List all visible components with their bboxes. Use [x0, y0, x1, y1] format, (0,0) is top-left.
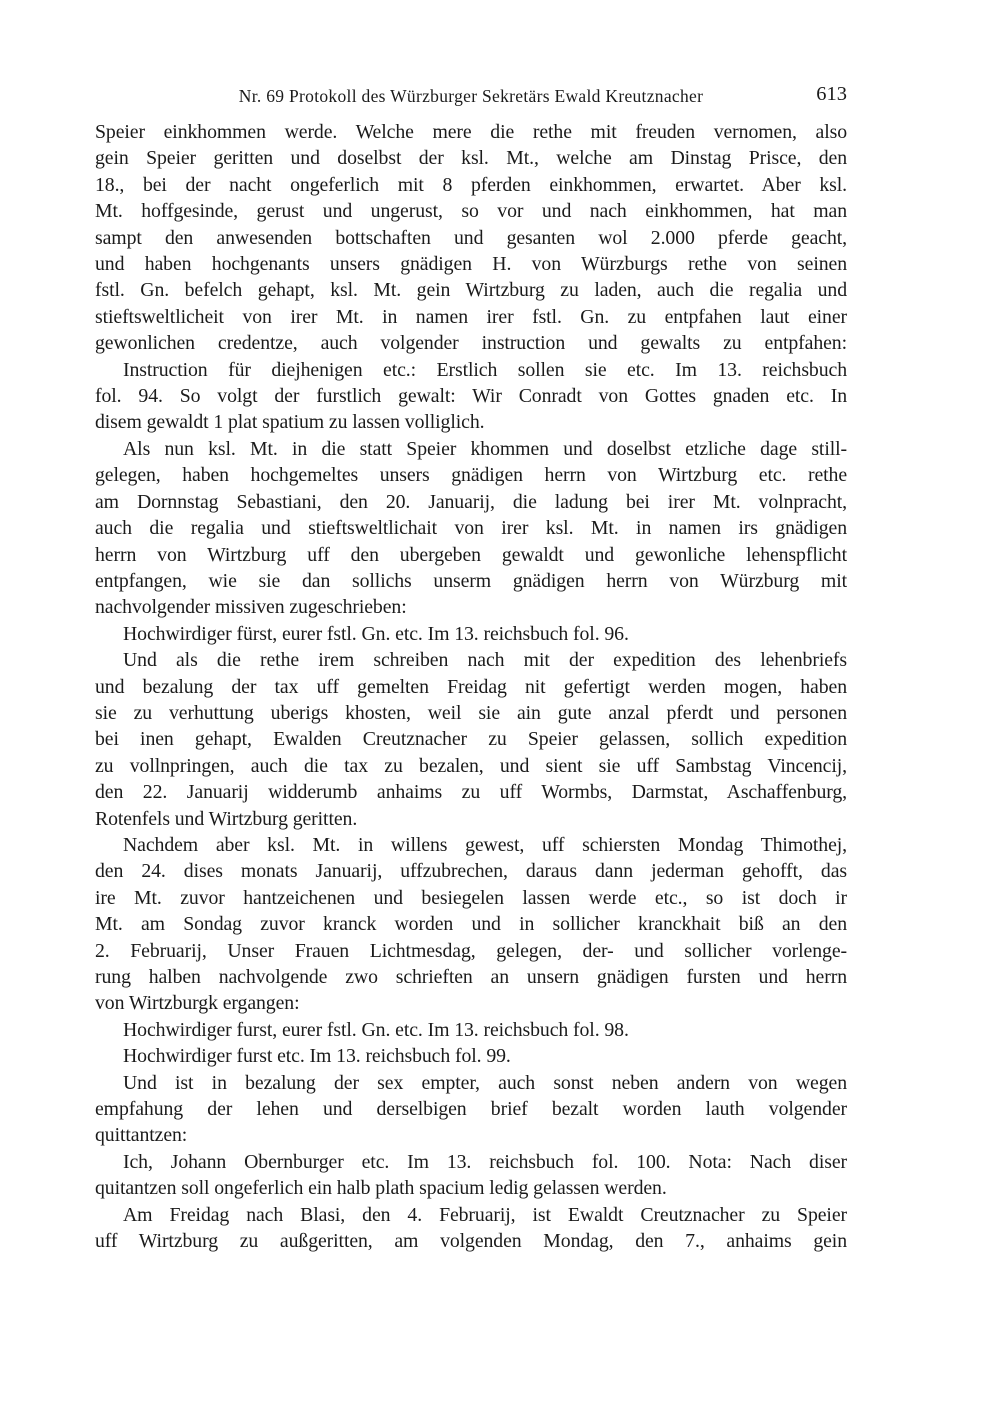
text-line: bei inen gehapt, Ewalden Creutznacher zu… — [95, 726, 847, 752]
page-header: Nr. 69 Protokoll des Würzburger Sekretär… — [95, 82, 847, 108]
text-line: rung halben nachvolgende zwo schrieften … — [95, 964, 847, 990]
text-line: 18., bei der nacht ongeferlich mit 8 pfe… — [95, 172, 847, 198]
paragraph: Ich, Johann Obernburger etc. Im 13. reic… — [95, 1149, 847, 1202]
text-line: quittantzen: — [95, 1122, 847, 1148]
text-line: und bezalung der tax uff gemelten Freida… — [95, 674, 847, 700]
text-line: Rotenfels und Wirtzburg geritten. — [95, 806, 847, 832]
text-line: gein Speier geritten und doselbst der ks… — [95, 145, 847, 171]
text-line: den 22. Januarij widderumb anhaims zu uf… — [95, 779, 847, 805]
text-line: am Dornnstag Sebastiani, den 20. Januari… — [95, 489, 847, 515]
paragraph: Nachdem aber ksl. Mt. in willens gewest,… — [95, 832, 847, 1017]
text-line: fol. 94. So volgt der furstlich gewalt: … — [95, 383, 847, 409]
text-line: den 24. dises monats Januarij, uffzubrec… — [95, 858, 847, 884]
paragraph: Hochwirdiger furst etc. Im 13. reichsbuc… — [95, 1043, 847, 1069]
text-line: Am Freidag nach Blasi, den 4. Februarij,… — [95, 1202, 847, 1228]
text-line: gewonlichen credentze, auch volgender in… — [95, 330, 847, 356]
paragraph: Instruction für diejhenigen etc.: Erstli… — [95, 357, 847, 436]
text-line: Nachdem aber ksl. Mt. in willens gewest,… — [95, 832, 847, 858]
text-line: gelegen, haben hochgemeltes unsers gnädi… — [95, 462, 847, 488]
text-line: Speier einkhommen werde. Welche mere die… — [95, 119, 847, 145]
text-line: Und ist in bezalung der sex empter, auch… — [95, 1070, 847, 1096]
paragraph: Hochwirdiger fürst, eurer fstl. Gn. etc.… — [95, 621, 847, 647]
text-line: Und als die rethe irem schreiben nach mi… — [95, 647, 847, 673]
text-line: ire Mt. zuvor hantzeichenen und besiegel… — [95, 885, 847, 911]
text-line: uff Wirtzburg zu außgeritten, am volgend… — [95, 1228, 847, 1254]
text-line: 2. Februarij, Unser Frauen Lichtmesdag, … — [95, 938, 847, 964]
text-line: Mt. hoffgesinde, gerust und ungerust, so… — [95, 198, 847, 224]
text-line: nachvolgender missiven zugeschrieben: — [95, 594, 847, 620]
text-line: Als nun ksl. Mt. in die statt Speier kho… — [95, 436, 847, 462]
text-block: Speier einkhommen werde. Welche mere die… — [95, 119, 847, 1254]
text-line: sie zu verhuttung uberigs khosten, weil … — [95, 700, 847, 726]
page-number: 613 — [816, 82, 847, 107]
paragraph: Und ist in bezalung der sex empter, auch… — [95, 1070, 847, 1149]
text-line: entpfangen, wie sie dan sollichs unserm … — [95, 568, 847, 594]
text-line: empfahung der lehen und derselbigen brie… — [95, 1096, 847, 1122]
text-line: Hochwirdiger fürst, eurer fstl. Gn. etc.… — [95, 621, 847, 647]
text-line: disem gewaldt 1 plat spatium zu lassen v… — [95, 409, 847, 435]
paragraph: Hochwirdiger furst, eurer fstl. Gn. etc.… — [95, 1017, 847, 1043]
book-page: Nr. 69 Protokoll des Würzburger Sekretär… — [0, 0, 1004, 1418]
text-line: und haben hochgenants unsers gnädigen H.… — [95, 251, 847, 277]
text-line: quitantzen soll ongeferlich ein halb pla… — [95, 1175, 847, 1201]
paragraph: Speier einkhommen werde. Welche mere die… — [95, 119, 847, 357]
text-line: zu vollnpringen, auch die tax zu bezalen… — [95, 753, 847, 779]
text-line: auch die regalia und stieftsweltlichait … — [95, 515, 847, 541]
text-line: von Wirtzburgk ergangen: — [95, 990, 847, 1016]
paragraph: Am Freidag nach Blasi, den 4. Februarij,… — [95, 1202, 847, 1255]
text-line: fstl. Gn. befelch gehapt, ksl. Mt. gein … — [95, 277, 847, 303]
text-line: Mt. am Sondag zuvor kranck worden und in… — [95, 911, 847, 937]
text-line: Hochwirdiger furst etc. Im 13. reichsbuc… — [95, 1043, 847, 1069]
running-title: Nr. 69 Protokoll des Würzburger Sekretär… — [95, 82, 847, 107]
text-line: stieftsweltlicheit von irer Mt. in namen… — [95, 304, 847, 330]
paragraph: Als nun ksl. Mt. in die statt Speier kho… — [95, 436, 847, 621]
text-line: Instruction für diejhenigen etc.: Erstli… — [95, 357, 847, 383]
text-line: sampt den anwesenden bottschaften und ge… — [95, 225, 847, 251]
paragraph: Und als die rethe irem schreiben nach mi… — [95, 647, 847, 832]
text-line: herrn von Wirtzburg uff den ubergeben ge… — [95, 542, 847, 568]
text-line: Hochwirdiger furst, eurer fstl. Gn. etc.… — [95, 1017, 847, 1043]
text-line: Ich, Johann Obernburger etc. Im 13. reic… — [95, 1149, 847, 1175]
